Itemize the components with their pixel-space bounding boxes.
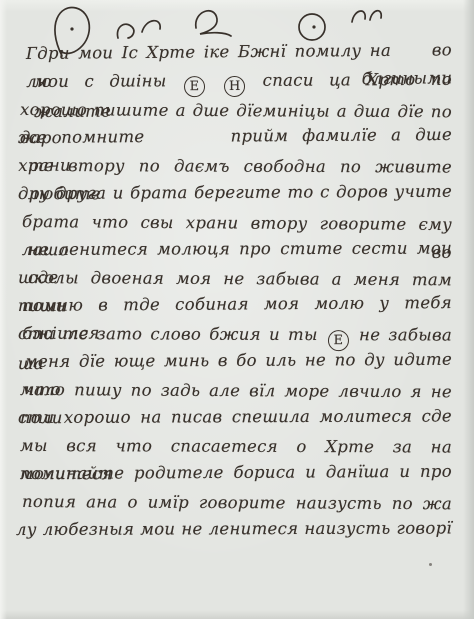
numeral-two-flourish <box>196 11 231 36</box>
line-text: лу любезныя мои не ленитеся наизусть гов… <box>16 518 452 539</box>
manuscript-line: дру друга и брата берегите то с доров уч… <box>18 178 452 208</box>
line-text: же помните <box>18 127 145 147</box>
small-curl-flourish <box>117 24 133 38</box>
circled-letter: Н <box>224 76 245 97</box>
manuscript-page: Гдри мои Іс Хрте іке Бжнї помилу на во л… <box>0 0 474 619</box>
small-curl-flourish-2 <box>142 21 160 32</box>
manuscript-line: сти хорошо на писав спешила молитеся сде <box>18 402 452 432</box>
manuscript-line: Гдри мои Іс Хрте іке Бжнї помилу на во л… <box>26 36 452 68</box>
line-gap <box>159 141 217 142</box>
circled-letter: Е <box>184 76 205 97</box>
line-text: попия ана о имїр говорите наизусть по жа <box>22 492 452 513</box>
circle-dot-flourish <box>299 14 325 40</box>
line-text: сти те зато слово бжия и ты <box>18 324 326 344</box>
manuscript-line: же помните прийм фамилїе а дше храни <box>18 121 452 152</box>
line-text: Гдри мои Іс Хрте іке Бжнї помилу на <box>26 41 391 63</box>
manuscript-line: мои с дшіны Е Н спаси ца Хрто по жалите <box>34 66 452 96</box>
circle-dot-center <box>312 25 315 28</box>
double-curl-flourish <box>352 11 365 22</box>
manuscript-line: поминайте родителе бориса и данїша и про <box>20 458 452 488</box>
double-curl-flourish-2 <box>370 11 381 20</box>
manuscript-line: не ленитеся молюця про стите сести мои с… <box>28 235 452 264</box>
manuscript-line: меня дїе юще минь в бо иль не по ду идит… <box>24 346 452 376</box>
top-loop-dot <box>70 27 73 30</box>
manuscript-line: помню в тде собиная моя молю у тебя бжіи… <box>22 289 452 320</box>
line-text: дру друга и брата берегите то с доров уч… <box>18 182 452 203</box>
manuscript-line: те втору по даємъ свободна по живите люб… <box>28 152 452 181</box>
manuscript-lines: Гдри мои Іс Хрте іке Бжнї помилу на во л… <box>0 40 474 544</box>
line-text: мои с дшіны <box>34 71 182 91</box>
line-text: сти хорошо на писав спешила молитеся сде <box>18 406 452 427</box>
line-gap <box>399 55 423 56</box>
manuscript-line: сти те зато слово бжия и ты Е не забыва … <box>18 320 452 350</box>
line-text: поминайте родителе бориса и данїша и про <box>20 462 452 483</box>
manuscript-line: лу любезныя мои не ленитеся наизусть гов… <box>16 514 452 544</box>
ink-speck <box>429 563 432 566</box>
